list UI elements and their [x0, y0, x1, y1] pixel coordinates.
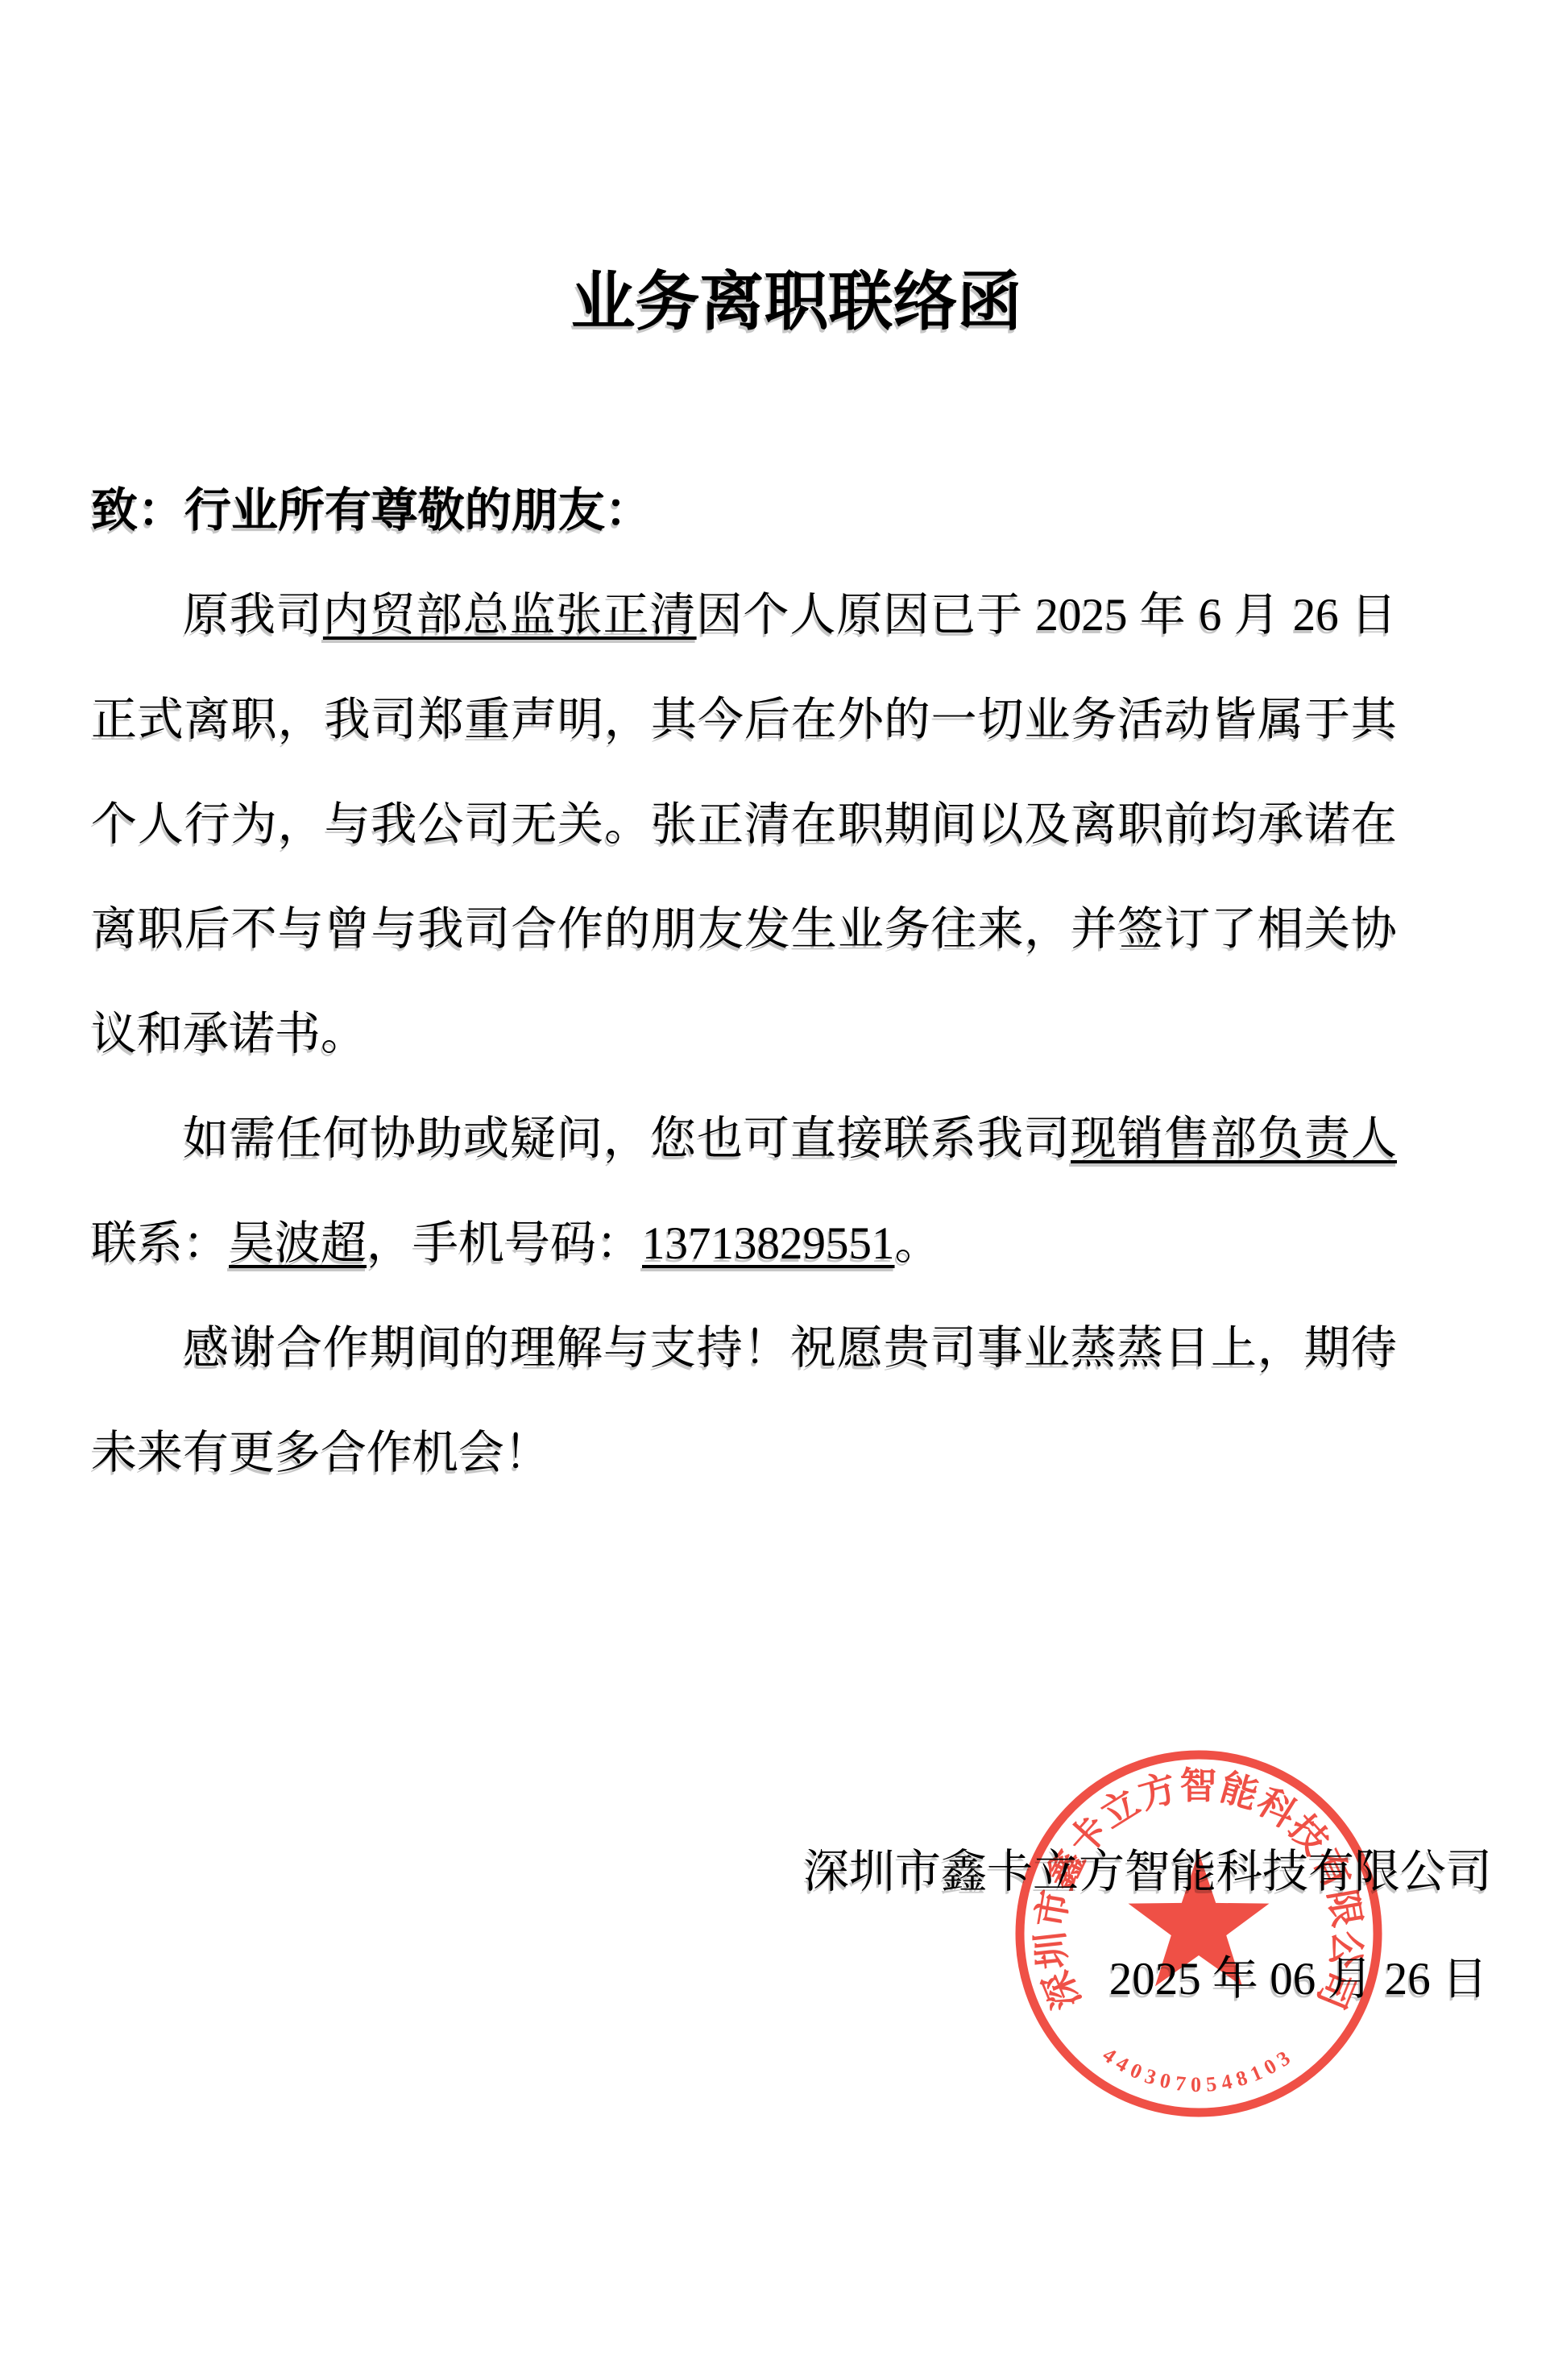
letter-page: 业务离职联络函 致：行业所有尊敬的朋友： 原我司内贸部总监张正清因个人原因已于 …: [0, 0, 1554, 2380]
svg-text:4403070548103: 4403070548103: [1099, 2043, 1299, 2096]
text-run: 。: [895, 1218, 941, 1269]
text-run: 感谢合作期间的理解与支持！祝愿贵司事业蒸蒸日上，期待未来有更多合作机会！: [91, 1323, 1397, 1478]
text-run: ，手机号码：: [367, 1218, 642, 1269]
seal-star-icon: [1129, 1852, 1270, 1986]
underlined-text: 吴波超: [229, 1218, 367, 1269]
underlined-text: 内贸部总监张正清: [323, 590, 697, 641]
text-run: 因个人原因已于 2025 年 6 月 26 日正式离职，我司郑重声明，其今后在外…: [91, 590, 1397, 1059]
underlined-text: 13713829551: [642, 1218, 895, 1269]
text-run: 联系：: [91, 1218, 229, 1269]
body-text: 原我司内贸部总监张正清因个人原因已于 2025 年 6 月 26 日正式离职，我…: [91, 563, 1397, 1506]
document-title: 业务离职联络函: [91, 258, 1397, 348]
salutation-line: 致：行业所有尊敬的朋友：: [91, 458, 1397, 563]
body-paragraph: 原我司内贸部总监张正清因个人原因已于 2025 年 6 月 26 日正式离职，我…: [91, 563, 1397, 1087]
body-paragraph: 如需任何协助或疑问，您也可直接联系我司现销售部负责人联系：吴波超，手机号码：13…: [91, 1087, 1397, 1296]
text-run: 如需任何协助或疑问，您也可直接联系我司: [183, 1113, 1071, 1164]
company-seal-stamp: 深圳市鑫卡立方智能科技有限公司 4403070548103: [1005, 1740, 1392, 2127]
underlined-text: 现销售部负责人: [1071, 1113, 1397, 1164]
seal-code-text: 4403070548103: [1099, 2043, 1299, 2096]
body-paragraph: 感谢合作期间的理解与支持！祝愿贵司事业蒸蒸日上，期待未来有更多合作机会！: [91, 1296, 1397, 1506]
text-run: 原我司: [183, 590, 323, 641]
